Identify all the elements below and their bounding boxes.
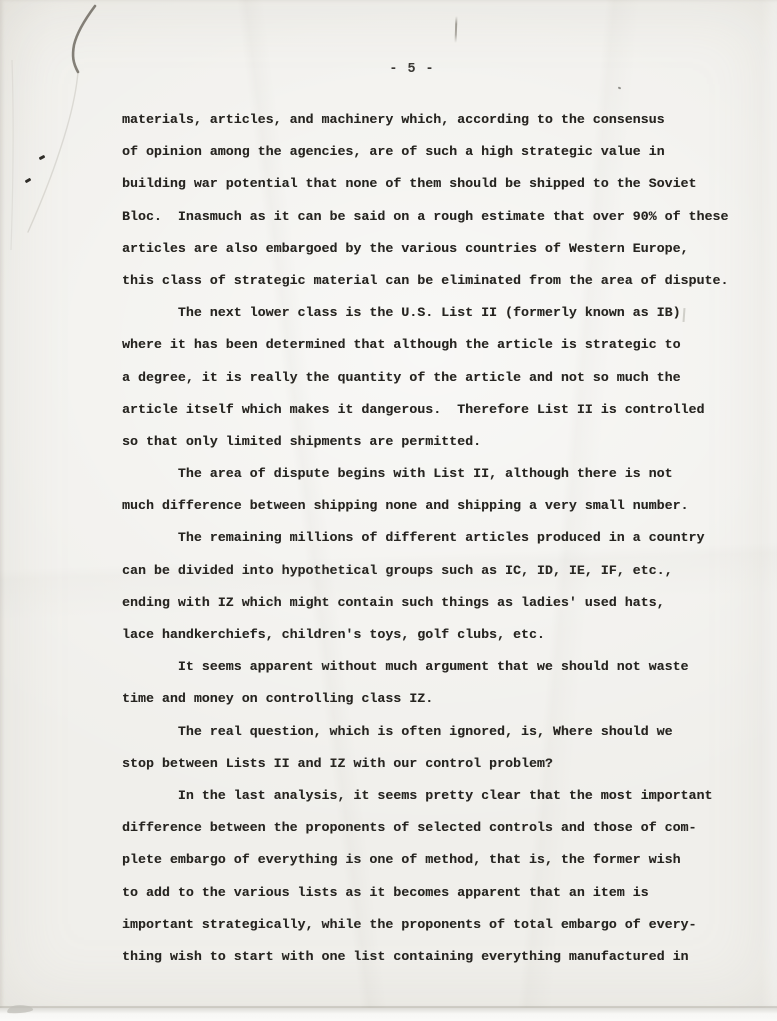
text-line: much difference between shipping none an…: [122, 490, 757, 522]
torn-bottom-edge: [0, 1008, 777, 1021]
text-line: article itself which makes it dangerous.…: [122, 394, 757, 426]
text-line: thing wish to start with one list contai…: [122, 941, 757, 973]
text-line: stop between Lists II and IZ with our co…: [122, 748, 757, 780]
text-line: In the last analysis, it seems pretty cl…: [122, 780, 757, 812]
text-line: where it has been determined that althou…: [122, 329, 757, 361]
text-line: It seems apparent without much argument …: [122, 651, 757, 683]
text-line: this class of strategic material can be …: [122, 265, 757, 297]
text-line: The area of dispute begins with List II,…: [122, 458, 757, 490]
document-scan: - 5 - materials, articles, and machinery…: [0, 0, 777, 1021]
stray-pen-tick: [455, 16, 458, 43]
page-number: - 5 -: [0, 62, 777, 77]
paper-sheet: - 5 - materials, articles, and machinery…: [0, 0, 777, 1008]
text-line: Bloc. Inasmuch as it can be said on a ro…: [122, 201, 757, 233]
text-line: to add to the various lists as it become…: [122, 877, 757, 909]
text-line: important strategically, while the propo…: [122, 909, 757, 941]
text-line: lace handkerchiefs, children's toys, gol…: [122, 619, 757, 651]
text-line: so that only limited shipments are permi…: [122, 426, 757, 458]
text-line: ending with IZ which might contain such …: [122, 587, 757, 619]
text-line: articles are also embargoed by the vario…: [122, 233, 757, 265]
typed-body: materials, articles, and machinery which…: [122, 104, 757, 973]
text-line: The next lower class is the U.S. List II…: [122, 297, 757, 329]
text-line: The real question, which is often ignore…: [122, 716, 757, 748]
ink-speck: [25, 178, 32, 184]
edge-notch: [7, 1004, 33, 1014]
text-line: a degree, it is really the quantity of t…: [122, 362, 757, 394]
text-line: The remaining millions of different arti…: [122, 522, 757, 554]
text-line: plete embargo of everything is one of me…: [122, 844, 757, 876]
corner-crease-mark: [0, 0, 140, 260]
ink-speck: [618, 87, 622, 90]
text-line: materials, articles, and machinery which…: [122, 104, 757, 136]
text-line: of opinion among the agencies, are of su…: [122, 136, 757, 168]
text-line: building war potential that none of them…: [122, 168, 757, 200]
ink-speck: [39, 155, 46, 160]
text-line: difference between the proponents of sel…: [122, 812, 757, 844]
text-line: time and money on controlling class IZ.: [122, 683, 757, 715]
text-line: can be divided into hypothetical groups …: [122, 555, 757, 587]
